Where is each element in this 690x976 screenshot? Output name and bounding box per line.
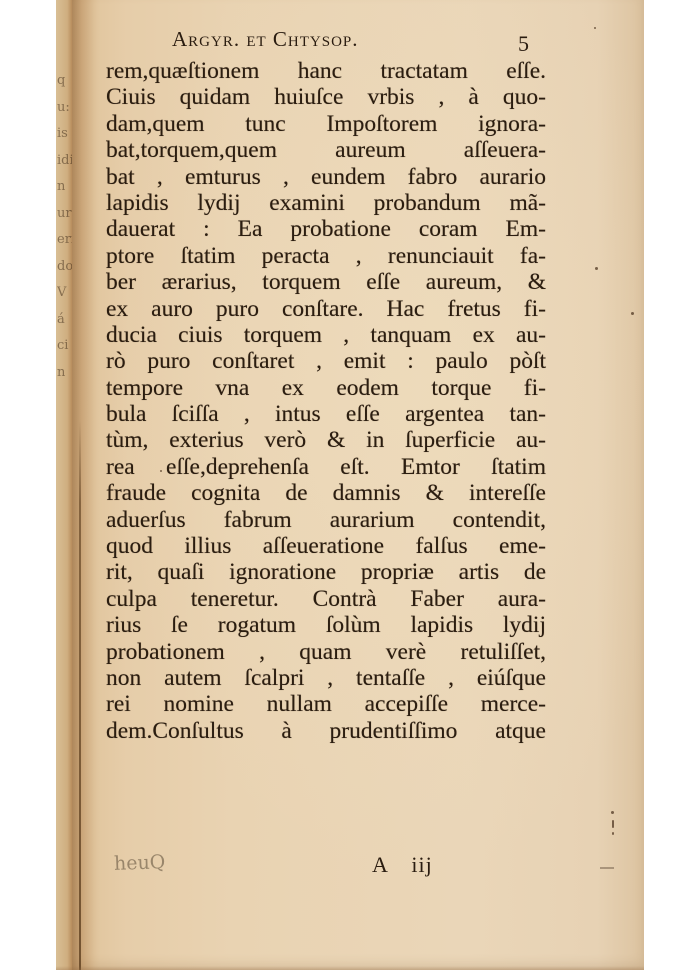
facing-fragment: V — [57, 280, 72, 307]
text-line: ptore ſtatim peracta , renunciauit fa- — [106, 243, 546, 269]
facing-fragment: eri — [57, 227, 72, 254]
text-line: tempore vna ex eodem torque fi- — [106, 375, 546, 401]
text-line: non autem ſcalpri , tentaſſe , eiúſque — [106, 665, 546, 691]
facing-fragment: n — [57, 360, 72, 387]
text-line: dem.Conſultus à prudentiſſimo atque — [106, 718, 546, 744]
facing-fragment: ur — [57, 201, 72, 228]
handwritten-annotation: heuQ — [114, 851, 166, 875]
text-line: tùm, exterius verò & in ſuperficie au- — [106, 427, 546, 453]
text-line: aduerſus fabrum aurarium contendit, — [106, 507, 546, 533]
text-line: dauerat : Ea probatione coram Em- — [106, 216, 546, 242]
text-line: rem,quæſtionem hanc tractatam eſſe. — [106, 58, 546, 84]
paper-speck — [611, 811, 614, 814]
text-line: ducia ciuis torquem , tanquam ex au- — [106, 322, 546, 348]
facing-fragment: q — [57, 68, 72, 95]
paper-speck — [612, 820, 614, 828]
text-line: rit, quaſi ignoratione propriæ artis de — [106, 559, 546, 585]
text-line: dam,quem tunc Impoſtorem ignora- — [106, 111, 546, 137]
text-line: lapidis lydij examini probandum mã- — [106, 190, 546, 216]
text-line: rius ſe rogatum ſolùm lapidis lydij — [106, 612, 546, 638]
facing-fragment: idi — [57, 148, 72, 175]
margin-dash-mark — [600, 867, 614, 869]
signature-mark: A iij — [372, 852, 433, 878]
gutter-crease — [79, 420, 81, 970]
page-number: 5 — [518, 31, 530, 57]
paper-speck — [594, 27, 596, 29]
text-line: Ciuis quidam huiuſce vrbis , à quo- — [106, 84, 546, 110]
signature-letter: A — [372, 852, 389, 877]
facing-fragment: á — [57, 307, 72, 334]
page-bottom-edge — [56, 966, 644, 970]
running-head-title: Argyr. et Chtysop. — [172, 27, 359, 52]
facing-fragment: do — [57, 254, 72, 281]
text-line: rei nomine nullam accepiſſe merce- — [106, 691, 546, 717]
facing-fragment: is — [57, 121, 72, 148]
text-line: quod illius aſſeueratione falſus eme- — [106, 533, 546, 559]
body-text: rem,quæſtionem hanc tractatam eſſe. Ciui… — [106, 58, 546, 744]
paper-speck — [595, 267, 598, 270]
text-line: culpa teneretur. Contrà Faber aura- — [106, 586, 546, 612]
text-line: bat , emturus , eundem fabro aurario — [106, 164, 546, 190]
facing-fragment: ci — [57, 333, 72, 360]
text-line: rò puro conſtaret , emit : paulo pòſt — [106, 348, 546, 374]
facing-fragment: u: — [57, 95, 72, 122]
paper-speck — [612, 832, 614, 835]
text-line: rea eſſe,deprehenſa eſt. Emtor ſtatim — [106, 454, 546, 480]
paper-speck — [631, 312, 634, 315]
text-line: probationem , quam verè retuliſſet, — [106, 639, 546, 665]
gutter-shadow — [72, 0, 100, 970]
text-line: bula ſciſſa , intus eſſe argentea tan- — [106, 401, 546, 427]
signature-numeral: iij — [411, 852, 432, 877]
text-line: fraude cognita de damnis & intereſſe — [106, 480, 546, 506]
text-line: ex auro puro conſtare. Hac fretus fi- — [106, 296, 546, 322]
paper-speck — [160, 470, 162, 472]
text-line: ber ærarius, torquem eſſe aureum, & — [106, 269, 546, 295]
facing-fragment: n — [57, 174, 72, 201]
facing-page-edge: q u: is idi n ur eri do V á ci n — [56, 0, 72, 970]
facing-page-text-fragments: q u: is idi n ur eri do V á ci n — [57, 68, 72, 386]
text-line: bat,torquem,quem aureum aſſeuera- — [106, 137, 546, 163]
